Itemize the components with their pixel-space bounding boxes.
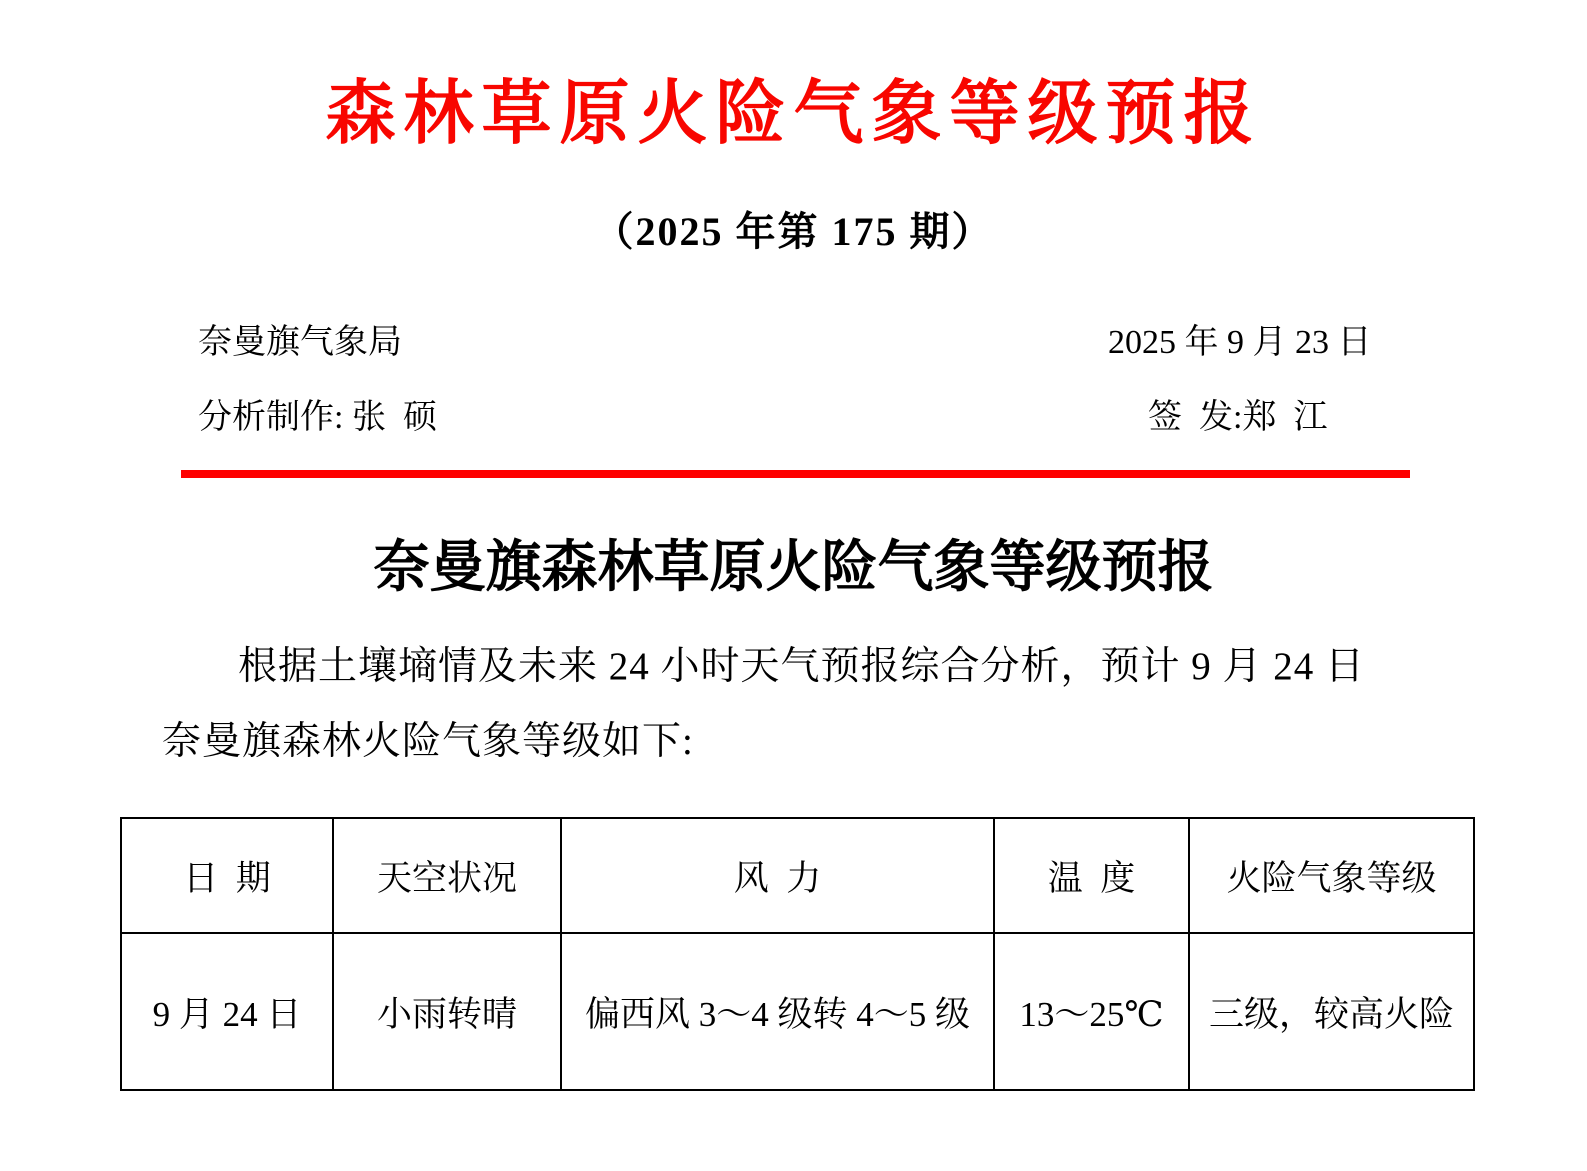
cell-temperature: 13～25℃ — [994, 933, 1189, 1090]
signer-line: 签 发:郑 江 — [1148, 396, 1327, 440]
issue-number: （2025 年第 175 期） — [0, 206, 1587, 258]
header-wind: 风 力 — [561, 818, 994, 933]
table-header-row: 日 期 天空状况 风 力 温 度 火险气象等级 — [121, 818, 1474, 933]
issuing-agency: 奈曼旗气象局 — [198, 321, 402, 365]
header-sky: 天空状况 — [333, 818, 561, 933]
analyst-line: 分析制作: 张 硕 — [198, 396, 437, 440]
header-fire-level: 火险气象等级 — [1189, 818, 1474, 933]
body-paragraph-line-2: 奈曼旗森林火险气象等级如下: — [162, 717, 694, 767]
document-title: 森林草原火险气象等级预报 — [0, 70, 1587, 156]
body-paragraph-line-1: 根据土壤墒情及未来 24 小时天气预报综合分析，预计 9 月 24 日 — [238, 642, 1365, 692]
cell-fire-level: 三级，较高火险 — [1189, 933, 1474, 1090]
cell-sky: 小雨转晴 — [333, 933, 561, 1090]
header-temperature: 温 度 — [994, 818, 1189, 933]
header-date: 日 期 — [121, 818, 333, 933]
fire-danger-forecast-table: 日 期 天空状况 风 力 温 度 火险气象等级 9 月 24 日 小雨转晴 偏西… — [120, 817, 1475, 1091]
table-row: 9 月 24 日 小雨转晴 偏西风 3～4 级转 4～5 级 13～25℃ 三级… — [121, 933, 1474, 1090]
issue-date: 2025 年 9 月 23 日 — [1108, 321, 1372, 365]
cell-date: 9 月 24 日 — [121, 933, 333, 1090]
red-divider-rule — [181, 470, 1410, 478]
bulletin-page: 森林草原火险气象等级预报 （2025 年第 175 期） 奈曼旗气象局 2025… — [0, 0, 1587, 1171]
cell-wind: 偏西风 3～4 级转 4～5 级 — [561, 933, 994, 1090]
section-title: 奈曼旗森林草原火险气象等级预报 — [0, 536, 1587, 600]
